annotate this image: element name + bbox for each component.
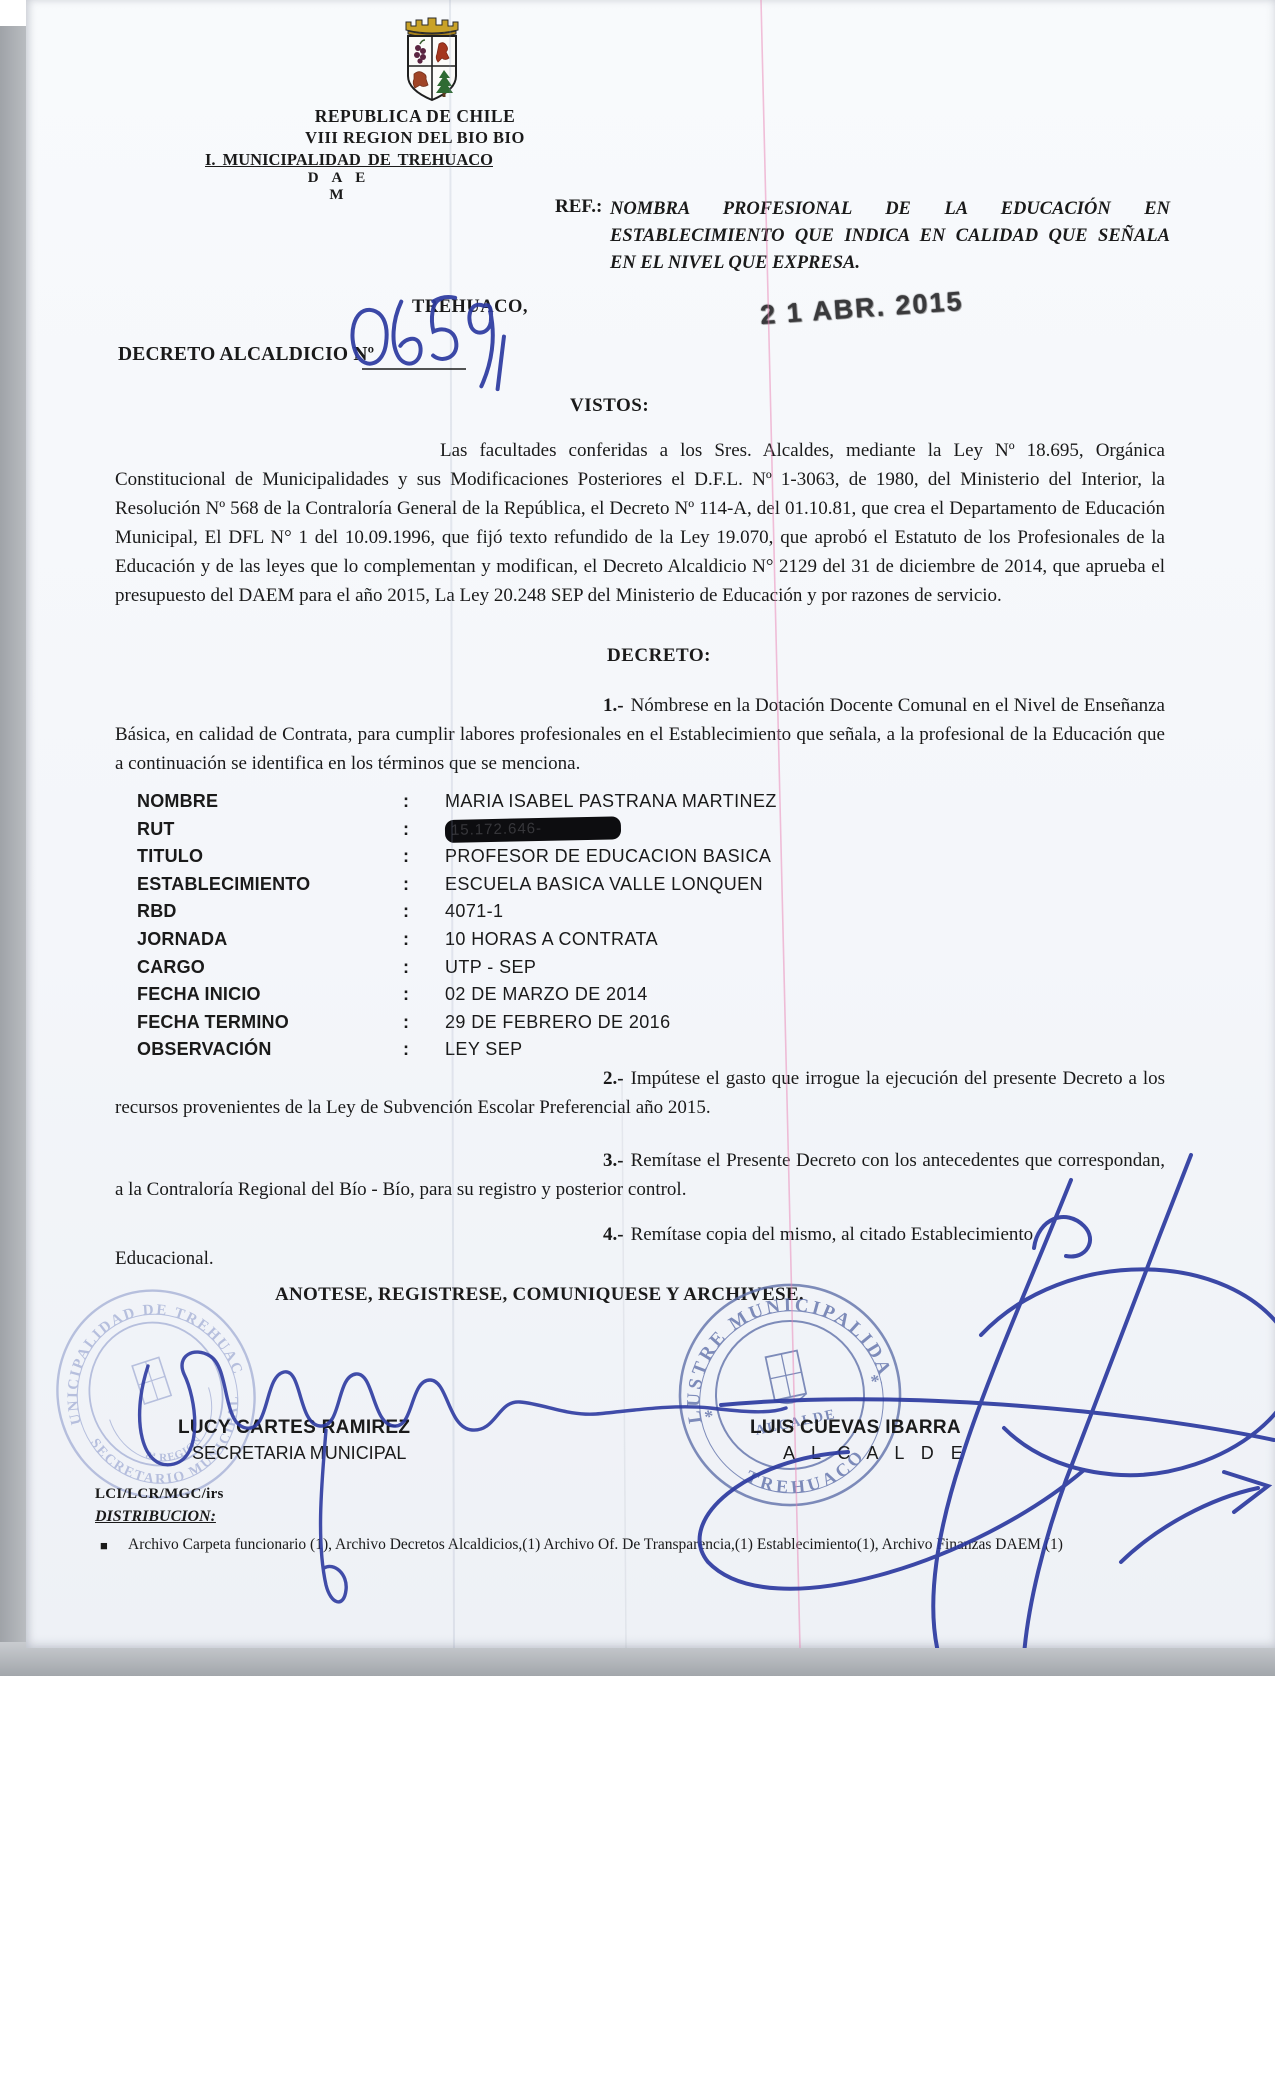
table-row: ESTABLECIMIENTO:ESCUELA BASICA VALLE LON… bbox=[137, 874, 1147, 902]
distribution-label: DISTRIBUCION: bbox=[95, 1508, 216, 1526]
mayor-stamp-star-right: * bbox=[869, 1370, 882, 1391]
scanner-edge-left bbox=[0, 26, 26, 1674]
row-label: CARGO bbox=[137, 957, 403, 978]
row-value: 15.172.646- bbox=[451, 820, 542, 839]
distribution-line: ■ Archivo Carpeta funcionario (1), Archi… bbox=[100, 1534, 1165, 1556]
row-value: 10 HORAS A CONTRATA bbox=[445, 929, 658, 950]
row-colon: : bbox=[403, 957, 445, 978]
item-1-text: Nómbrese en la Dotación Docente Comunal … bbox=[115, 695, 1165, 774]
coat-of-arms-icon bbox=[398, 14, 466, 108]
item-4-number: 4.- bbox=[603, 1224, 624, 1245]
row-label: OBSERVACIÓN bbox=[137, 1039, 403, 1060]
item-2-text: Impútese el gasto que irrogue la ejecuci… bbox=[115, 1068, 1165, 1118]
row-value: ESCUELA BASICA VALLE LONQUEN bbox=[445, 874, 763, 895]
header-municipality: I. MUNICIPALIDAD DE TREHUACO bbox=[205, 150, 493, 170]
decree-item-4-tail: Educacional. bbox=[115, 1248, 214, 1270]
row-label: JORNADA bbox=[137, 929, 403, 950]
item-4-text: Remítase copia del mismo, al citado Esta… bbox=[631, 1224, 1034, 1245]
decree-item-2: 2.-Impútese el gasto que irrogue la ejec… bbox=[115, 1064, 1165, 1122]
row-label: RBD bbox=[137, 901, 403, 922]
row-colon: : bbox=[403, 901, 445, 922]
table-row: RBD:4071-1 bbox=[137, 901, 1147, 929]
vistos-paragraph: Las facultades conferidas a los Sres. Al… bbox=[115, 436, 1165, 610]
row-value: PROFESOR DE EDUCACION BASICA bbox=[445, 846, 771, 867]
scanned-document: REPUBLICA DE CHILE VIII REGION DEL BIO B… bbox=[0, 0, 1275, 2100]
ref-line-3: EN EL NIVEL QUE EXPRESA. bbox=[610, 250, 1170, 277]
row-label: RUT bbox=[137, 819, 403, 840]
mayor-stamp-star-left: * bbox=[703, 1406, 716, 1427]
row-colon: : bbox=[403, 874, 445, 895]
decreto-heading: DECRETO: bbox=[607, 645, 711, 667]
header-department: D A E M bbox=[294, 170, 384, 204]
secretary-name: LUCY CARTES RAMIREZ bbox=[178, 1417, 410, 1439]
mayor-title: A L C A L D E bbox=[783, 1443, 969, 1464]
row-colon: : bbox=[403, 929, 445, 950]
decree-item-3: 3.-Remítase el Presente Decreto con los … bbox=[115, 1146, 1165, 1204]
document-page: REPUBLICA DE CHILE VIII REGION DEL BIO B… bbox=[26, 0, 1275, 1648]
row-label: TITULO bbox=[137, 846, 403, 867]
rut-redaction-bar: 15.172.646- bbox=[445, 816, 621, 843]
mayor-round-stamp: ILUSTRE MUNICIPALIDAD TREHUACO ALCALDE *… bbox=[673, 1278, 907, 1512]
row-colon: : bbox=[403, 819, 445, 840]
row-colon: : bbox=[403, 984, 445, 1005]
decree-item-4: 4.-Remítase copia del mismo, al citado E… bbox=[115, 1220, 1165, 1249]
row-colon: : bbox=[403, 791, 445, 812]
item-1-number: 1.- bbox=[603, 695, 624, 716]
row-value: LEY SEP bbox=[445, 1039, 523, 1060]
table-row: TITULO:PROFESOR DE EDUCACION BASICA bbox=[137, 846, 1147, 874]
square-bullet-icon: ■ bbox=[100, 1535, 108, 1557]
appointment-details-table: NOMBRE:MARIA ISABEL PASTRANA MARTINEZ RU… bbox=[137, 791, 1147, 1067]
closing-formula: ANOTESE, REGISTRESE, COMUNIQUESE Y ARCHI… bbox=[275, 1284, 804, 1306]
table-row: OBSERVACIÓN:LEY SEP bbox=[137, 1039, 1147, 1067]
mayor-name: LUIS CUEVAS IBARRA bbox=[750, 1417, 961, 1439]
secretary-stamp-top-text: MUNICIPALIDAD DE TREHUACO bbox=[50, 1282, 246, 1430]
decree-number-label: DECRETO ALCALDICIO Nº bbox=[118, 344, 374, 366]
ref-text: NOMBRA PROFESIONAL DE LA EDUCACIÓN EN ES… bbox=[610, 196, 1170, 277]
item-3-number: 3.- bbox=[603, 1150, 624, 1171]
secretary-title: SECRETARIA MUNICIPAL bbox=[192, 1443, 406, 1464]
secretary-round-stamp: MUNICIPALIDAD DE TREHUACO SECRETARIO MUN… bbox=[50, 1282, 262, 1506]
row-colon: : bbox=[403, 846, 445, 867]
vistos-heading: VISTOS: bbox=[570, 395, 649, 417]
row-label: NOMBRE bbox=[137, 791, 403, 812]
ref-line-2: ESTABLECIMIENTO QUE INDICA EN CALIDAD QU… bbox=[610, 223, 1170, 250]
row-value: UTP - SEP bbox=[445, 957, 536, 978]
row-value: MARIA ISABEL PASTRANA MARTINEZ bbox=[445, 791, 777, 812]
row-value: 02 DE MARZO DE 2014 bbox=[445, 984, 648, 1005]
table-row: RUT:15.172.646- bbox=[137, 819, 1147, 847]
item-3-text: Remítase el Presente Decreto con los ant… bbox=[115, 1150, 1165, 1200]
row-colon: : bbox=[403, 1039, 445, 1060]
table-row: JORNADA:10 HORAS A CONTRATA bbox=[137, 929, 1147, 957]
distribution-text: Archivo Carpeta funcionario (1), Archivo… bbox=[100, 1534, 1165, 1556]
ref-line-1: NOMBRA PROFESIONAL DE LA EDUCACIÓN EN bbox=[610, 196, 1170, 223]
header-country: REPUBLICA DE CHILE bbox=[215, 106, 615, 127]
table-row: FECHA INICIO:02 DE MARZO DE 2014 bbox=[137, 984, 1147, 1012]
item-2-number: 2.- bbox=[603, 1068, 624, 1089]
row-label: FECHA TERMINO bbox=[137, 1012, 403, 1033]
row-label: ESTABLECIMIENTO bbox=[137, 874, 403, 895]
city-line: TREHUACO, bbox=[412, 297, 528, 318]
decree-item-1: 1.-Nómbrese en la Dotación Docente Comun… bbox=[115, 691, 1165, 778]
header-region: VIII REGION DEL BIO BIO bbox=[215, 128, 615, 148]
row-colon: : bbox=[403, 1012, 445, 1033]
secretary-signature bbox=[140, 1352, 786, 1602]
row-value: 4071-1 bbox=[445, 901, 503, 922]
initials-line: LCI/LCR/MGC/irs bbox=[95, 1486, 224, 1503]
svg-text:MUNICIPALIDAD DE TREHUACO: MUNICIPALIDAD DE TREHUACO bbox=[50, 1282, 246, 1430]
table-row: FECHA TERMINO:29 DE FEBRERO DE 2016 bbox=[137, 1012, 1147, 1040]
date-stamp: 2 1 ABR. 2015 bbox=[759, 286, 964, 331]
row-value: 29 DE FEBRERO DE 2016 bbox=[445, 1012, 671, 1033]
ref-label: REF.: bbox=[555, 196, 602, 218]
row-label: FECHA INICIO bbox=[137, 984, 403, 1005]
table-row: CARGO:UTP - SEP bbox=[137, 957, 1147, 985]
table-row: NOMBRE:MARIA ISABEL PASTRANA MARTINEZ bbox=[137, 791, 1147, 819]
